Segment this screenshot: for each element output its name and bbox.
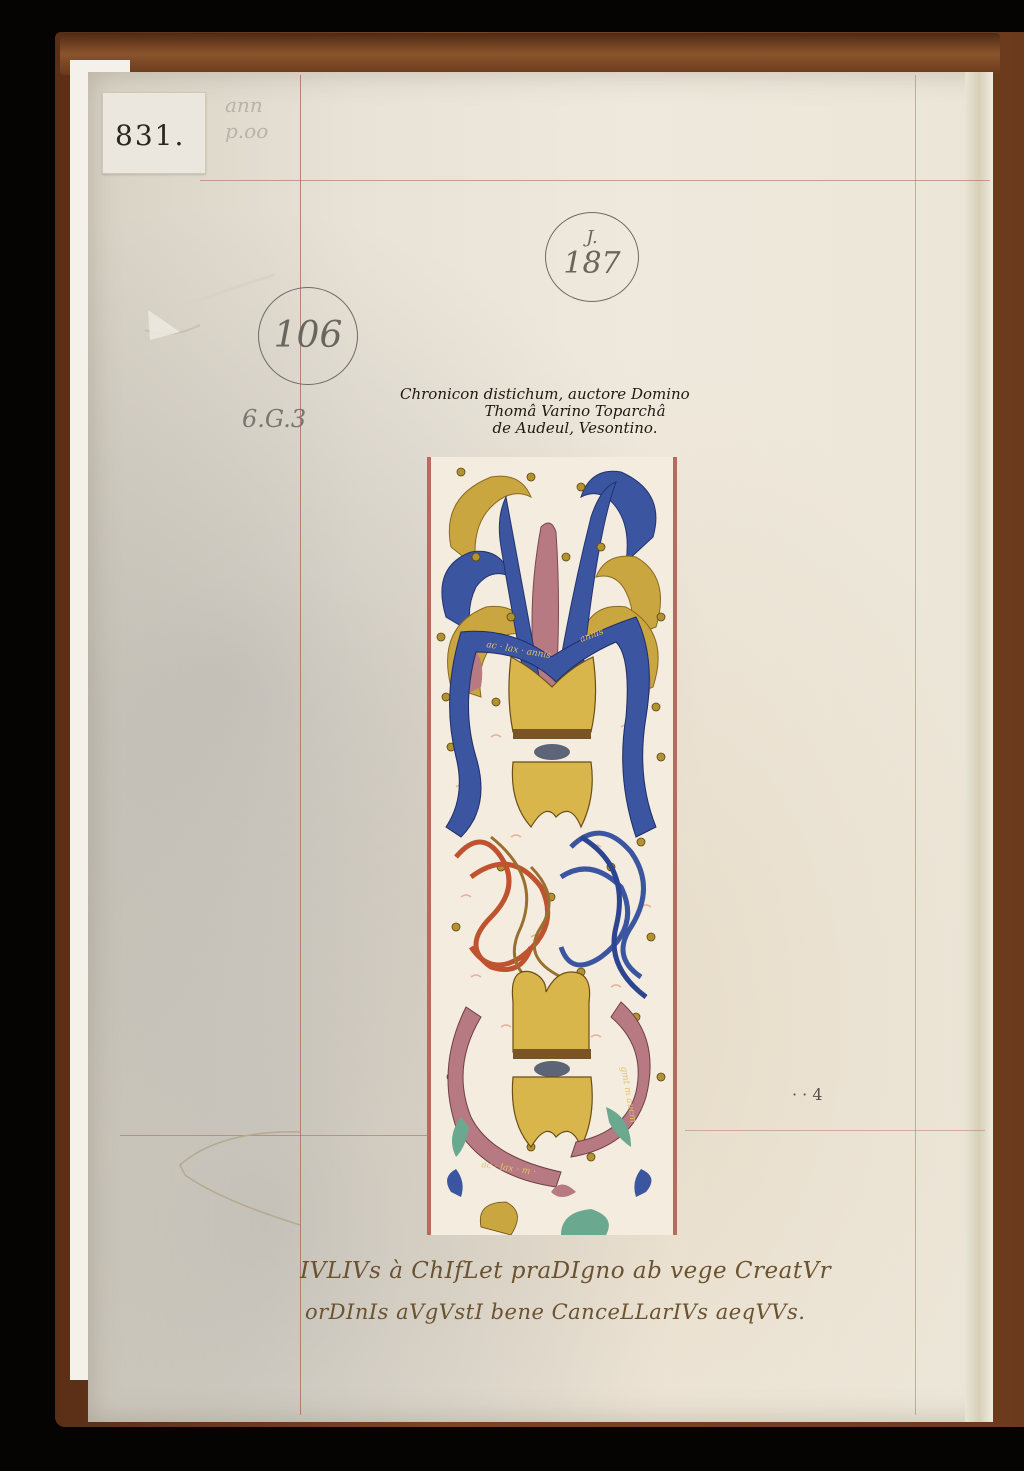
heading-inscription: Chronicon distichum, auctore Domino Thom… (395, 386, 755, 437)
illumination-artwork: ac · lax · annis annis ac · lax · m · gm… (431, 457, 673, 1235)
circled-number-right: J. 187 (545, 212, 639, 302)
illuminated-panel: ac · lax · annis annis ac · lax · m · gm… (427, 457, 677, 1235)
faint-pencil-note: ann p.oo (225, 92, 268, 144)
heading-line-1: Chronicon distichum, auctore Domino (395, 386, 755, 403)
ruling-line-top (200, 180, 990, 181)
shelf-label-number: 831. (115, 119, 185, 152)
shelf-label: 831. (102, 92, 206, 174)
circled-number-left-text: 106 (274, 315, 343, 356)
page-gutter-edge (965, 72, 993, 1422)
ruling-line-bottom-right (685, 1130, 985, 1131)
paper-tear-lower (160, 1120, 310, 1230)
heading-line-2: Thomâ Varino Toparchâ (395, 403, 755, 420)
circled-number-right-text: 187 (563, 246, 620, 281)
pencil-mark-stray: · · 4 (792, 1085, 823, 1104)
circled-number-left: 106 (258, 287, 358, 385)
pencil-shelfmark: 6.G.3 (242, 405, 306, 433)
heading-line-3: de Audeul, Vesontino. (395, 420, 755, 437)
ruling-line-right (915, 75, 916, 1415)
chronogram-verse-line-1: IVLIVs à ChIfLet praDIgno ab vege CreatV… (300, 1258, 860, 1284)
chronogram-verse-line-2: orDInIs aVgVstI bene CanceLLarIVs aeqVVs… (305, 1300, 865, 1324)
book-cover-top-edge (60, 33, 1000, 75)
